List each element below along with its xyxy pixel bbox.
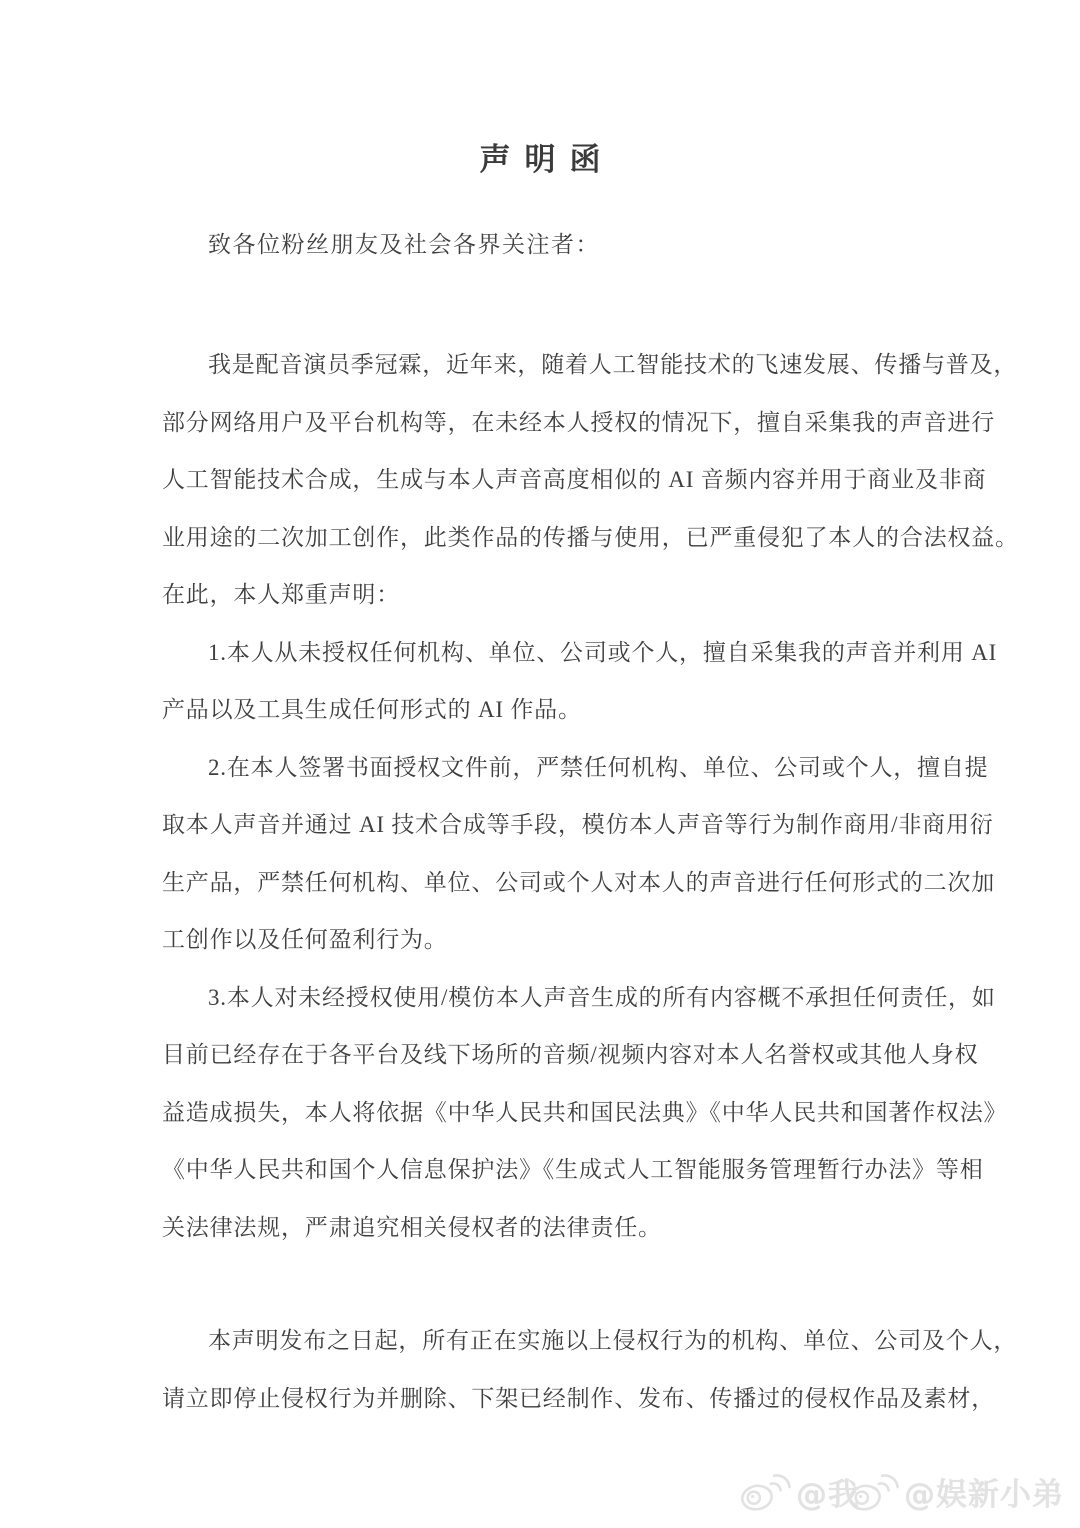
document-line: 工创作以及任何盈利行为。 [162, 911, 934, 969]
document-line: 1.本人从未授权任何机构、单位、公司或个人，擅自采集我的声音并利用 AI [162, 624, 934, 682]
document-page: 声明函 致各位粉丝朋友及社会各界关注者： 我是配音演员季冠霖，近年来，随着人工智… [0, 0, 1080, 1528]
watermark-handle-secondary: @娱新小弟 [904, 1469, 1064, 1514]
document-line: 2.在本人签署书面授权文件前，严禁任何机构、单位、公司或个人，擅自提 [162, 739, 934, 797]
weibo-watermark: @我 @娱新小弟 [740, 1469, 1064, 1514]
document-line: 部分网络用户及平台机构等，在未经本人授权的情况下，擅自采集我的声音进行 [162, 394, 934, 452]
salutation-line: 致各位粉丝朋友及社会各界关注者： [208, 226, 600, 259]
weibo-logo-icon [848, 1470, 900, 1514]
document-line: 目前已经存在于各平台及线下场所的音频/视频内容对本人名誉权或其他人身权 [162, 1026, 934, 1084]
document-line: 业用途的二次加工创作，此类作品的传播与使用，已严重侵犯了本人的合法权益。 [162, 509, 934, 567]
document-line: 关法律法规，严肃追究相关侵权者的法律责任。 [162, 1199, 934, 1257]
document-line: 《中华人民共和国个人信息保护法》《生成式人工智能服务管理暂行办法》等相 [162, 1141, 934, 1199]
document-line: 产品以及工具生成任何形式的 AI 作品。 [162, 681, 934, 739]
document-line: 生产品，严禁任何机构、单位、公司或个人对本人的声音进行任何形式的二次加 [162, 854, 934, 912]
document-line: 请立即停止侵权行为并删除、下架已经制作、发布、传播过的侵权作品及素材， [162, 1370, 934, 1428]
document-line: 我是配音演员季冠霖，近年来，随着人工智能技术的飞速发展、传播与普及， [162, 336, 934, 394]
document-line: 人工智能技术合成，生成与本人声音高度相似的 AI 音频内容并用于商业及非商 [162, 451, 934, 509]
weibo-logo-icon [740, 1470, 792, 1514]
document-line: 本声明发布之日起，所有正在实施以上侵权行为的机构、单位、公司及个人， [162, 1312, 934, 1370]
document-line: 3.本人对未经授权使用/模仿本人声音生成的所有内容概不承担任何责任，如 [162, 969, 934, 1027]
document-body: 我是配音演员季冠霖，近年来，随着人工智能技术的飞速发展、传播与普及，部分网络用户… [162, 336, 934, 1427]
document-line: 取本人声音并通过 AI 技术合成等手段，模仿本人声音等行为制作商用/非商用衍 [162, 796, 934, 854]
document-line: 益造成损失，本人将依据《中华人民共和国民法典》《中华人民共和国著作权法》 [162, 1084, 934, 1142]
document-title: 声明函 [0, 134, 1080, 179]
document-line: 在此，本人郑重声明： [162, 566, 934, 624]
